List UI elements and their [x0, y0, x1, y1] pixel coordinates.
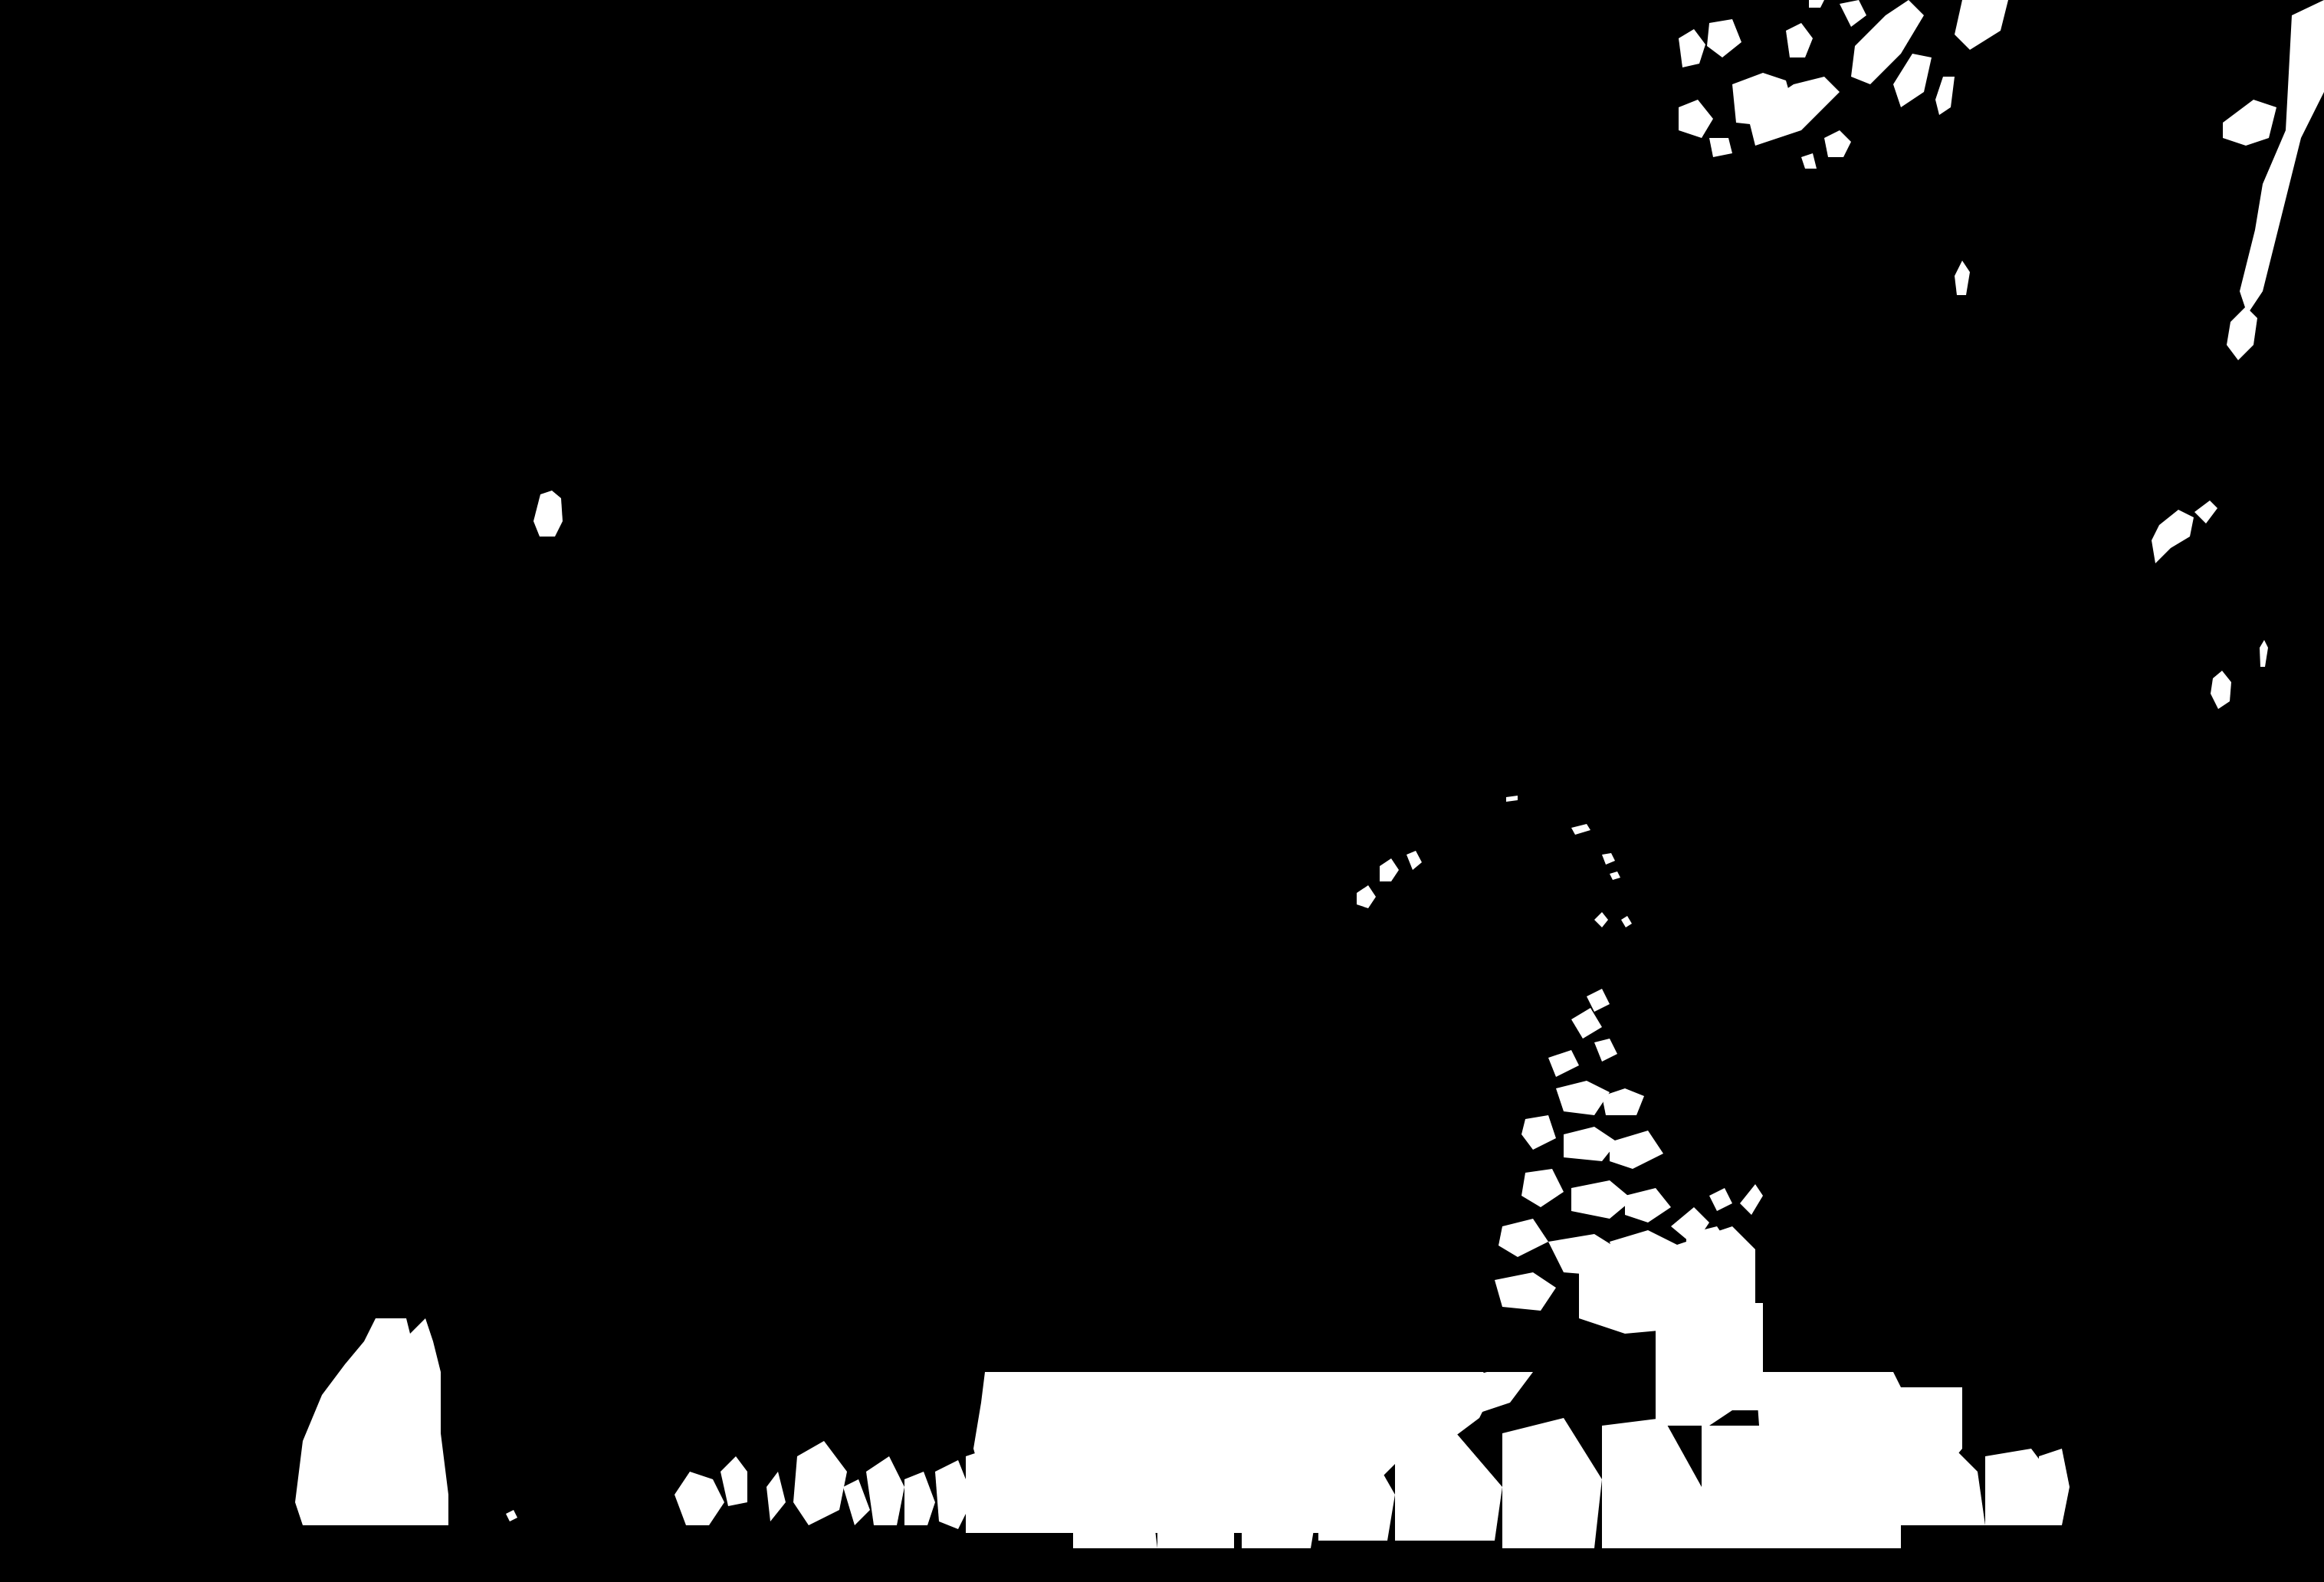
background	[0, 0, 2324, 1582]
mask-image	[0, 0, 2324, 1582]
